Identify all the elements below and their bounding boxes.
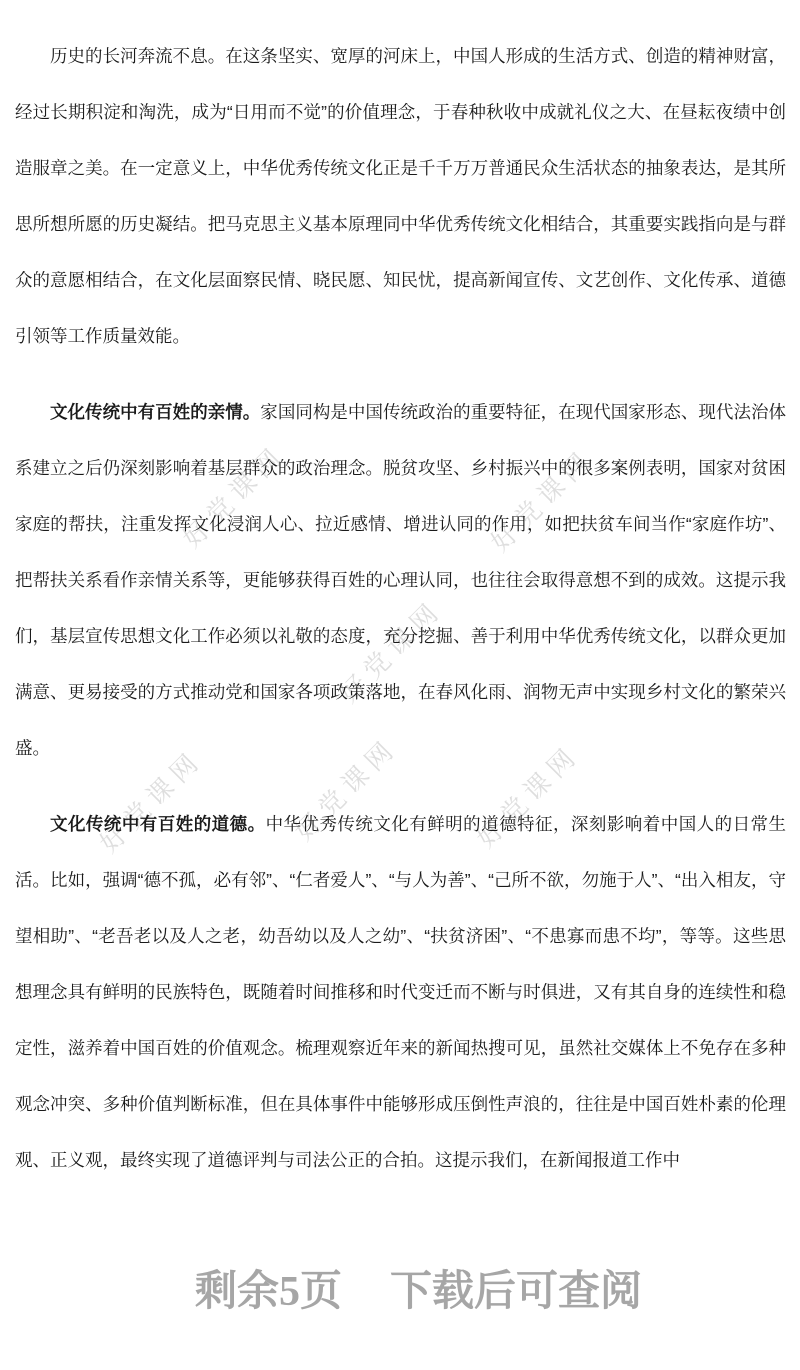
paragraph-3-lead: 文化传统中有百姓的道德。 bbox=[50, 814, 266, 834]
paragraph-3: 文化传统中有百姓的道德。中华优秀传统文化有鲜明的道德特征，深刻影响着中国人的日常… bbox=[15, 796, 786, 1188]
paragraph-1: 历史的长河奔流不息。在这条坚实、宽厚的河床上，中国人形成的生活方式、创造的精神财… bbox=[15, 28, 786, 364]
paragraph-2: 文化传统中有百姓的亲情。家国同构是中国传统政治的重要特征，在现代国家形态、现代法… bbox=[15, 384, 786, 776]
download-hint-label: 下载后可查阅 bbox=[390, 1268, 642, 1316]
document-body: 历史的长河奔流不息。在这条坚实、宽厚的河床上，中国人形成的生活方式、创造的精神财… bbox=[0, 0, 800, 1316]
paragraph-2-lead: 文化传统中有百姓的亲情。 bbox=[50, 402, 260, 422]
preview-footer: 剩余5页 下载后可查阅 bbox=[33, 1268, 800, 1316]
paragraph-1-text: 历史的长河奔流不息。在这条坚实、宽厚的河床上，中国人形成的生活方式、创造的精神财… bbox=[15, 46, 786, 346]
paragraph-2-text: 家国同构是中国传统政治的重要特征，在现代国家形态、现代法治体系建立之后仍深刻影响… bbox=[15, 402, 786, 758]
paragraph-3-text: 中华优秀传统文化有鲜明的道德特征，深刻影响着中国人的日常生活。比如，强调“德不孤… bbox=[15, 814, 786, 1170]
document-page: { "page": { "background": "#ffffff", "te… bbox=[0, 0, 800, 1370]
remaining-pages-label: 剩余5页 bbox=[195, 1268, 342, 1316]
